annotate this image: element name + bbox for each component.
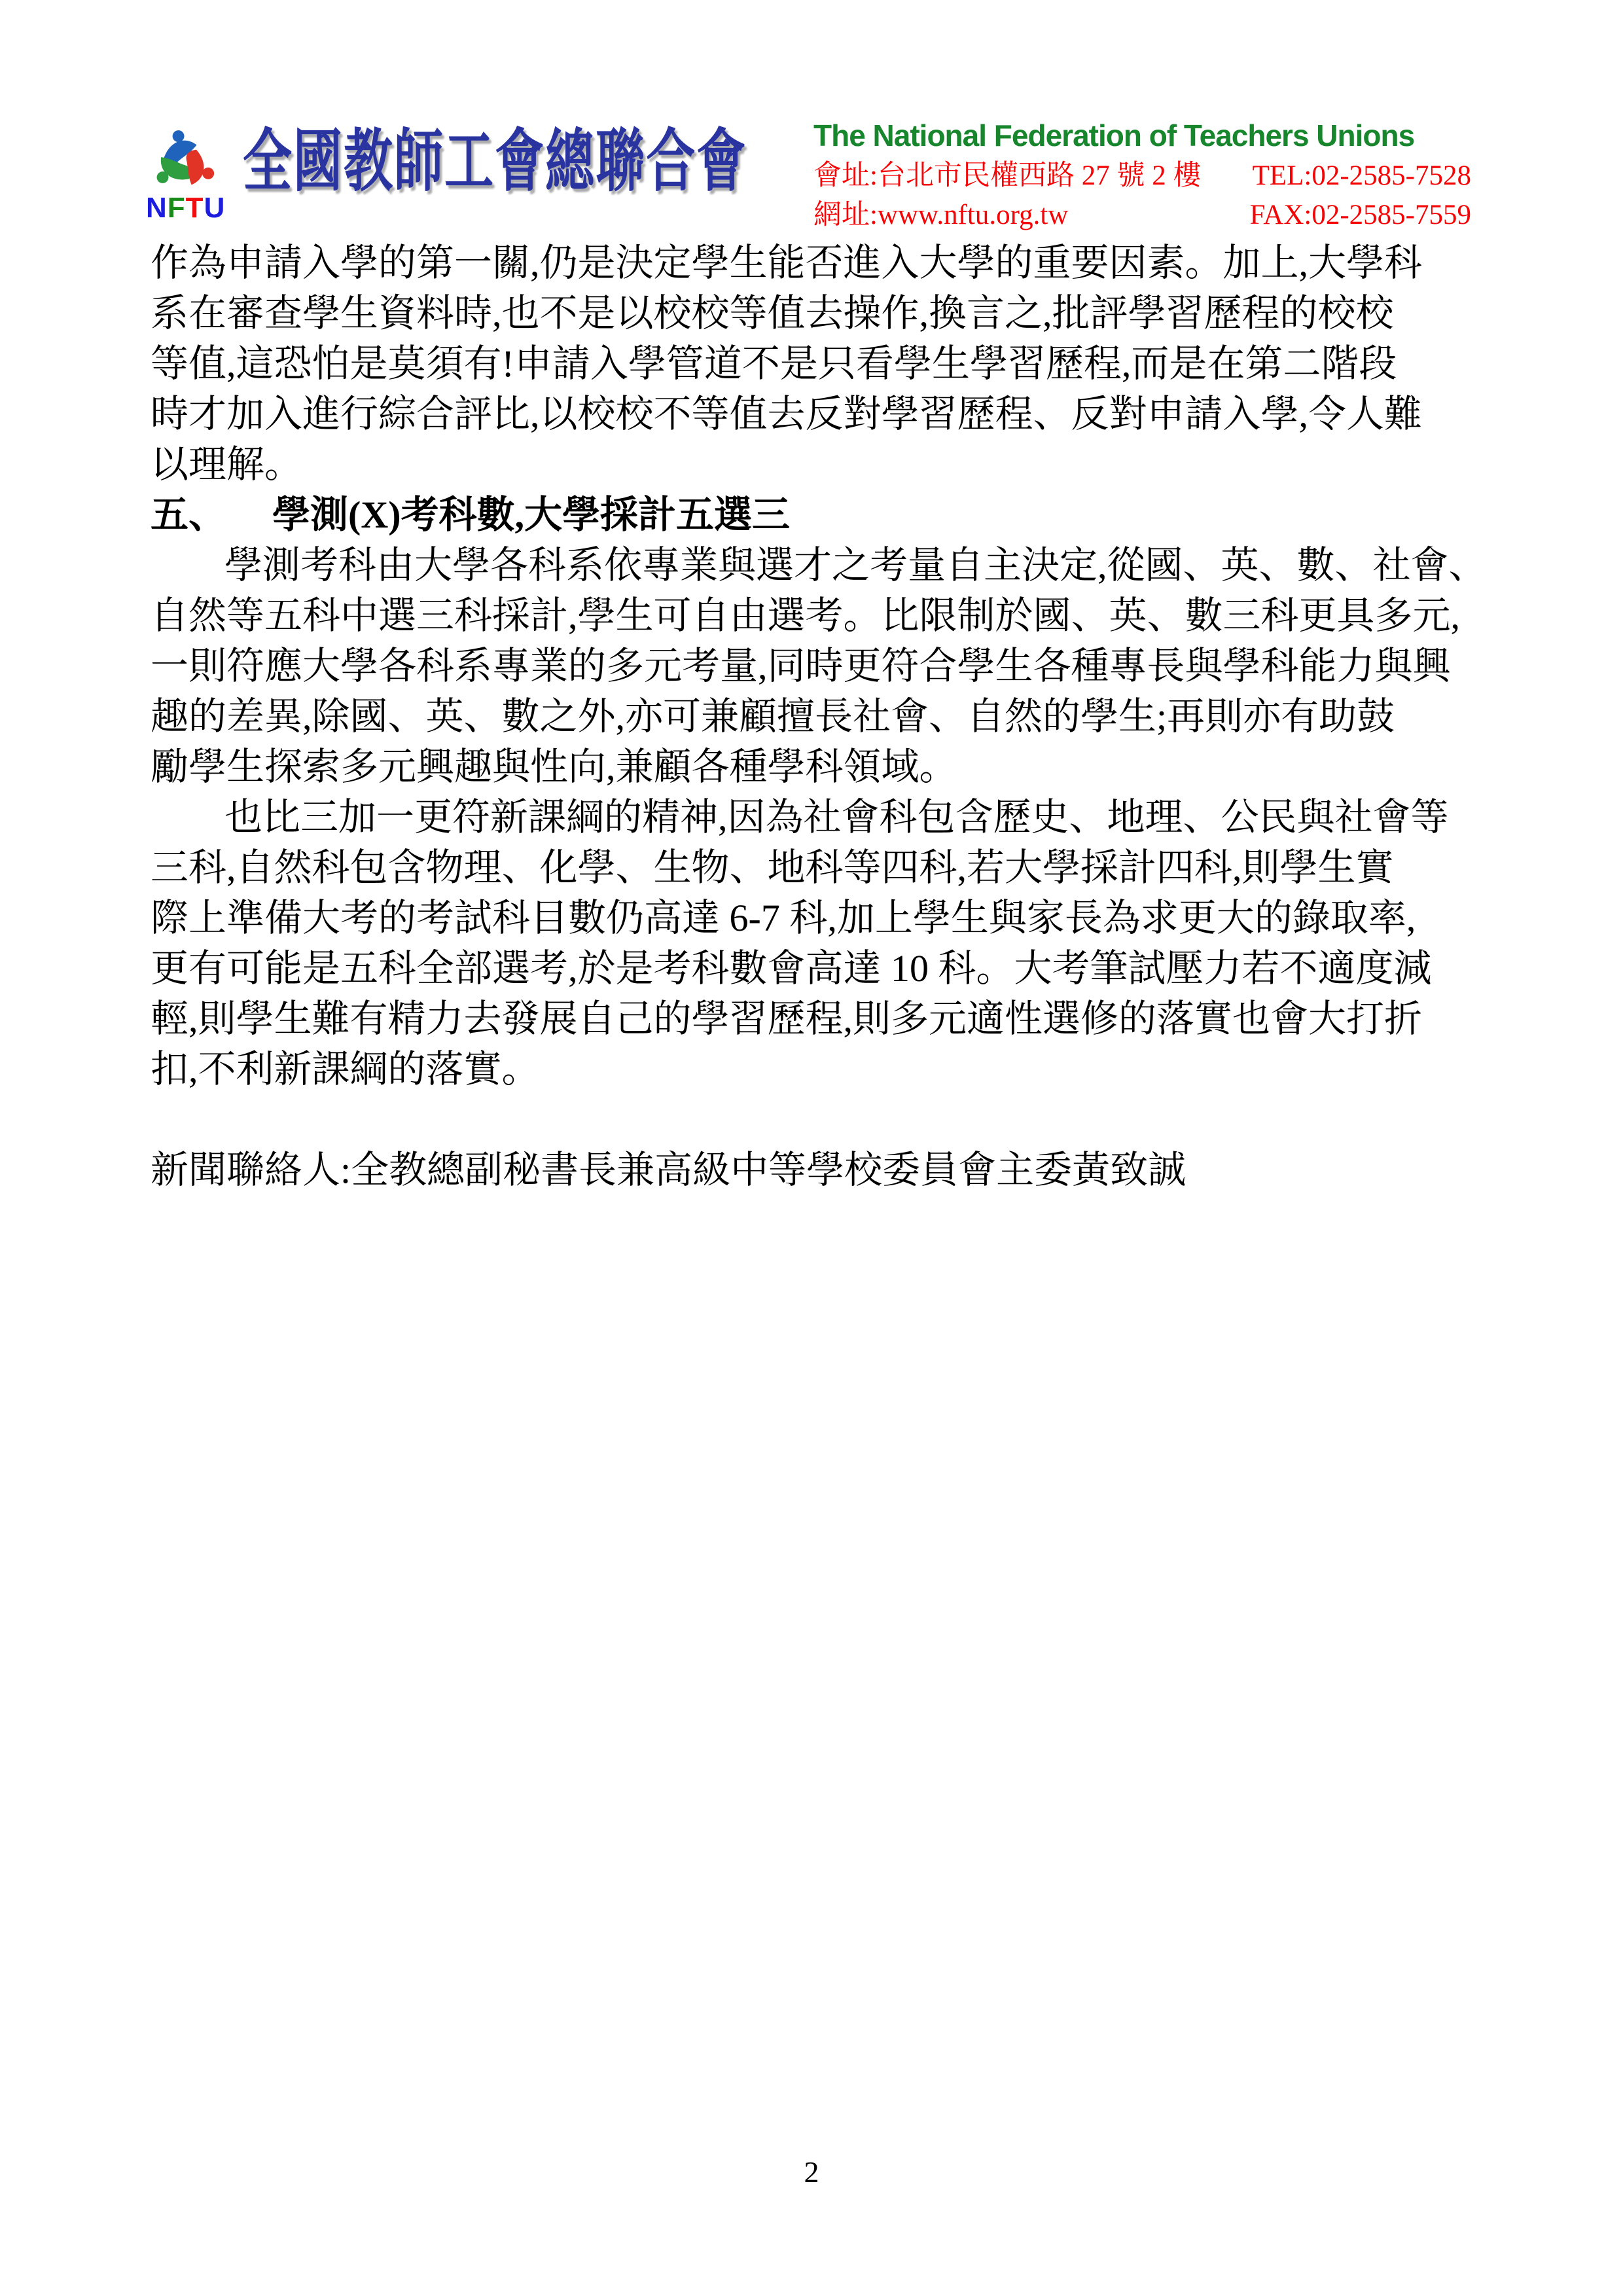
section-number: 五、 <box>151 493 226 536</box>
text-line: 際上準備大考的考試科目數仍高達 6-7 科,加上學生與家長為求更大的錄取率, <box>151 893 1499 943</box>
fax-label: FAX:02-2585-7559 <box>1250 201 1471 229</box>
tel-label: TEL:02-2585-7528 <box>1253 162 1471 190</box>
section-title: 學測(X)考科數,大學採計五選三 <box>272 493 790 536</box>
acronym-letter: N <box>146 192 168 224</box>
acronym-letter: T <box>186 192 204 224</box>
text-line: 學測考科由大學各科系依專業與選才之考量自主決定,從國、英、數、社會、 <box>151 540 1499 590</box>
text-line: 也比三加一更符新課綱的精神,因為社會科包含歷史、地理、公民與社會等 <box>151 792 1499 842</box>
text-line: 以理解。 <box>151 439 1499 490</box>
press-contact-line: 新聞聯絡人:全教總副秘書長兼高級中等學校委員會主委黃致誠 <box>151 1145 1499 1195</box>
document-body: 作為申請入學的第一關,仍是決定學生能否進入大學的重要因素。加上,大學科系在審查學… <box>151 238 1499 1195</box>
text-line: 一則符應大學各科系專業的多元考量,同時更符合學生各種專長與學科能力與興 <box>151 641 1499 691</box>
text-line: 時才加入進行綜合評比,以校校不等值去反對學習歷程、反對申請入學,令人難 <box>151 389 1499 439</box>
section-heading: 五、學測(X)考科數,大學採計五選三 <box>151 490 1499 540</box>
website-label: 網址:www.nftu.org.tw <box>813 201 1068 229</box>
acronym-letter: U <box>204 192 226 224</box>
paragraph-1: 作為申請入學的第一關,仍是決定學生能否進入大學的重要因素。加上,大學科系在審查學… <box>151 238 1499 490</box>
letterhead-info: The National Federation of Teachers Unio… <box>813 120 1471 229</box>
text-line: 勵學生探索多元興趣與性向,兼顧各種學科領域。 <box>151 742 1499 792</box>
document-page: NFTU 全國教師工會總聯合會 The National Federation … <box>0 0 1623 2296</box>
nftu-logo-icon <box>146 123 219 198</box>
text-line: 作為申請入學的第一關,仍是決定學生能否進入大學的重要因素。加上,大學科 <box>151 238 1499 288</box>
website-fax-row: 網址:www.nftu.org.tw FAX:02-2585-7559 <box>813 201 1471 229</box>
text-line: 系在審查學生資料時,也不是以校校等值去操作,換言之,批評學習歷程的校校 <box>151 288 1499 338</box>
address-label: 會址:台北市民權西路 27 號 2 樓 <box>813 162 1201 190</box>
text-line: 等值,這恐怕是莫須有!申請入學管道不是只看學生學習歷程,而是在第二階段 <box>151 338 1499 389</box>
acronym-letter: F <box>168 192 186 224</box>
text-line: 扣,不利新課綱的落實。 <box>151 1044 1499 1094</box>
page-number: 2 <box>0 2157 1623 2187</box>
text-line: 更有可能是五科全部選考,於是考科數會高達 10 科。大考筆試壓力若不適度減 <box>151 943 1499 994</box>
text-line: 趣的差異,除國、英、數之外,亦可兼顧擅長社會、自然的學生;再則亦有助鼓 <box>151 691 1499 742</box>
address-tel-row: 會址:台北市民權西路 27 號 2 樓 TEL:02-2585-7528 <box>813 162 1471 190</box>
org-name-chinese: 全國教師工會總聯合會 <box>243 126 747 198</box>
text-line: 三科,自然科包含物理、化學、生物、地科等四科,若大學採計四科,則學生實 <box>151 842 1499 893</box>
org-name-english: The National Federation of Teachers Unio… <box>813 120 1471 151</box>
text-line: 自然等五科中選三科採計,學生可自由選考。比限制於國、英、數三科更具多元, <box>151 590 1499 641</box>
paragraph-3: 也比三加一更符新課綱的精神,因為社會科包含歷史、地理、公民與社會等三科,自然科包… <box>151 792 1499 1094</box>
paragraph-2: 學測考科由大學各科系依專業與選才之考量自主決定,從國、英、數、社會、自然等五科中… <box>151 540 1499 792</box>
text-line: 輕,則學生難有精力去發展自己的學習歷程,則多元適性選修的落實也會大打折 <box>151 994 1499 1044</box>
nftu-acronym: NFTU <box>146 194 244 223</box>
